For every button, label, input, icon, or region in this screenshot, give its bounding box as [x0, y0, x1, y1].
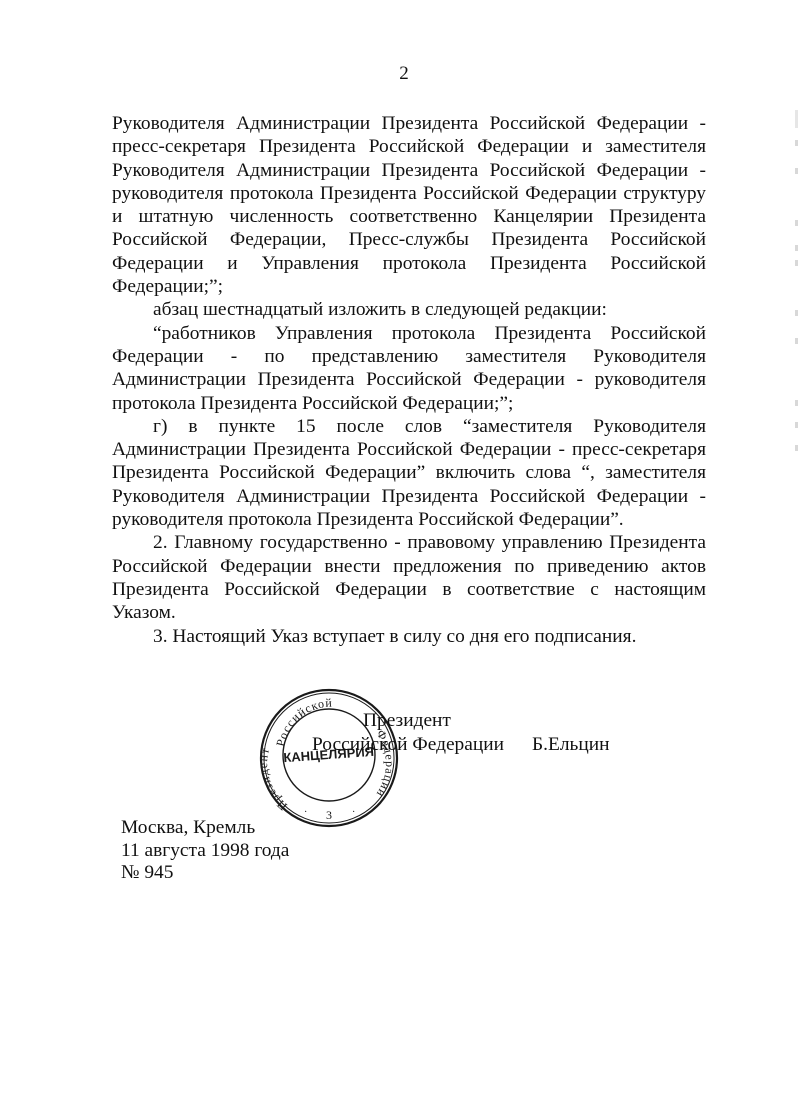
- text-line: Российской Федерации внести предложения …: [112, 555, 706, 578]
- scan-edge-artifacts: [795, 110, 799, 470]
- text-line: Российской Федерации, Пресс-службы Прези…: [112, 228, 706, 251]
- text-line: “работников Управления протокола Президе…: [112, 322, 706, 345]
- text-line: 2. Главному государственно - правовому у…: [112, 531, 706, 554]
- signature-title-line-1: Президент: [363, 709, 451, 732]
- decree-number: № 945: [121, 862, 289, 885]
- signing-place: Москва, Кремль: [121, 817, 289, 840]
- text-line: Администрации Президента Российской Феде…: [112, 438, 706, 461]
- text-line: г) в пункте 15 после слов “заместителя Р…: [112, 415, 706, 438]
- text-line: пресс-секретаря Президента Российской Фе…: [112, 135, 706, 158]
- text-line: Указом.: [112, 601, 706, 624]
- text-line: протокола Президента Российской Федераци…: [112, 392, 706, 415]
- text-line: руководителя протокола Президента Россий…: [112, 182, 706, 205]
- text-line: Руководителя Администрации Президента Ро…: [112, 485, 706, 508]
- text-line: Администрации Президента Российской Феде…: [112, 368, 706, 391]
- text-line: 3. Настоящий Указ вступает в силу со дня…: [112, 625, 706, 648]
- text-line: Президента Российской Федерации” включит…: [112, 461, 706, 484]
- text-line: Федерации и Управления протокола Президе…: [112, 252, 706, 275]
- text-line: абзац шестнадцатый изложить в следующей …: [112, 298, 706, 321]
- signing-date: 11 августа 1998 года: [121, 840, 289, 863]
- text-line: Руководителя Администрации Президента Ро…: [112, 112, 706, 135]
- text-line: Руководителя Администрации Президента Ро…: [112, 159, 706, 182]
- text-line: и штатную численность соответственно Кан…: [112, 205, 706, 228]
- page-number: 2: [0, 62, 800, 85]
- svg-text:·: ·: [304, 807, 307, 818]
- document-page: 2 Руководителя Администрации Президента …: [0, 0, 800, 1113]
- text-line: Федерации - по представлению заместителя…: [112, 345, 706, 368]
- text-line: Президента Российской Федерации в соотве…: [112, 578, 706, 601]
- signature-title-line-2: Российской Федерации: [312, 733, 504, 756]
- stamp-number: 3: [326, 808, 332, 822]
- signatory-name: Б.Ельцин: [532, 733, 609, 756]
- text-line: руководителя протокола Президента Россий…: [112, 508, 706, 531]
- decree-body-text: Руководителя Администрации Президента Ро…: [112, 112, 706, 648]
- svg-text:·: ·: [352, 807, 355, 818]
- text-line: Федерации;”;: [112, 275, 706, 298]
- decree-footer: Москва, Кремль 11 августа 1998 года № 94…: [121, 817, 289, 885]
